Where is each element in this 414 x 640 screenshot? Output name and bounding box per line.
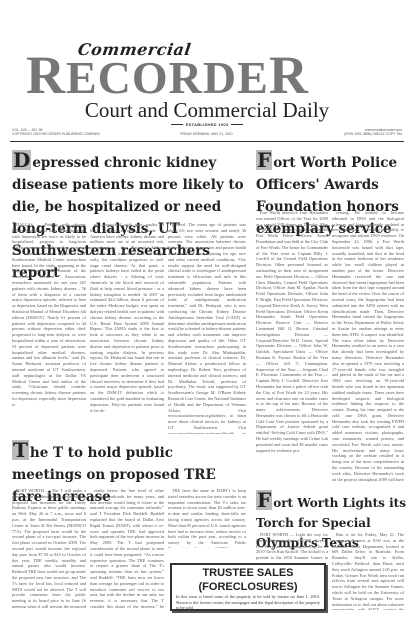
article-kidney-col3: pressed. The mean age of patients was ab… (168, 222, 246, 434)
article-kidney-col2: also associated with poor quality of lif… (90, 222, 164, 434)
masthead-recorder-logo: RECORDER (26, 52, 309, 101)
trustee-title-line2: (FORECLOSURES) (172, 582, 324, 593)
article-torch-col2: Run is set for Friday, May 21. The runne… (332, 532, 404, 610)
trustee-description: In this issue is listed some of the prop… (172, 593, 324, 612)
article-torch-col1: FORT WORTH — Light the way for Special O… (256, 532, 328, 562)
article-police-col2: cessing. He worked to become educated in… (332, 210, 404, 482)
dropcap: T (12, 440, 29, 460)
masthead-date: FRIDAY MORNING, MAY 21, 2010 (180, 132, 233, 136)
trustee-title-line1: TRUSTEE SALES (172, 568, 324, 579)
trustee-sales-box[interactable]: TRUSTEE SALES (FORECLOSURES) In this iss… (170, 563, 326, 611)
masthead-subtitle: Court and Commercial Daily (0, 98, 414, 123)
article-tre-col1: FORT WORTH — The T will make a presentat… (12, 488, 86, 608)
masthead: Commercial RECORDER Court and Commercial… (0, 0, 414, 150)
dropcap: D (12, 150, 31, 170)
masthead-divider (10, 141, 404, 142)
masthead-established: ESTABLISHED 1903 (0, 122, 414, 127)
masthead-website-issn: commercialrecorder.com (ISSN 1091-3898) … (344, 128, 402, 137)
article-police-col1: Fort Worth detective Jose Hernandez was … (256, 210, 328, 482)
article-tre-col2: erably below the fare level of other com… (90, 488, 164, 608)
masthead-volume-info: VOL. 105 — NO. 98 COPYRIGHT 2010 RECORDE… (12, 128, 100, 137)
dropcap: F (256, 490, 272, 510)
article-tre-col3: TRE fares the same as DART's to keep tra… (168, 488, 246, 548)
article-kidney-col1: DALLAS — Patients with chronic kidney di… (12, 222, 86, 434)
dropcap: F (256, 150, 272, 170)
